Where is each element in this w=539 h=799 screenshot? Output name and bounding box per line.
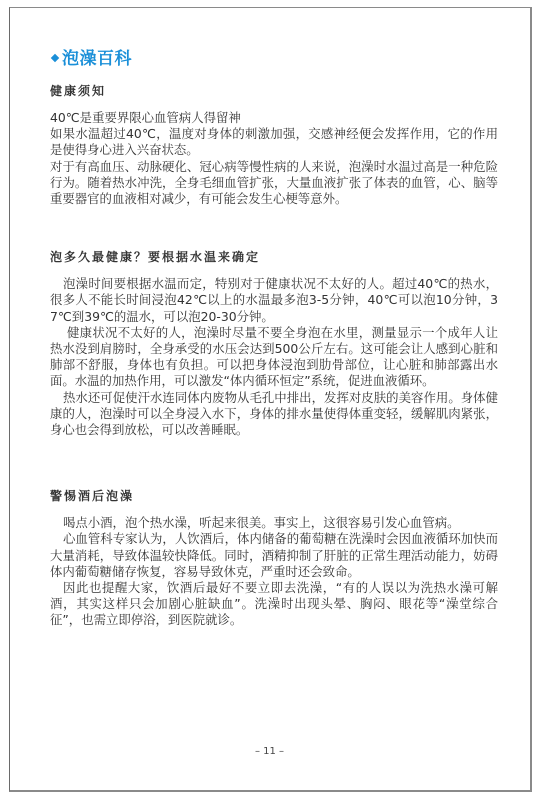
paragraph: 喝点小酒，泡个热水澡，听起来很美。事实上，这很容易引发心血管病。 [50, 515, 498, 531]
document-content: 泡澡百科 健康须知 40℃是重要界限心血管病人得留神 如果水温超过40℃，温度对… [50, 48, 498, 629]
page-number: – 11 – [0, 746, 539, 757]
paragraph: 对于有高血压、动脉硬化、冠心病等慢性病的人来说，泡澡时水温过高是一种危险行为。随… [50, 159, 498, 208]
paragraph: 泡澡时间要根据水温而定，特别对于健康状况不太好的人。超过40℃的热水，很多人不能… [50, 276, 498, 325]
paragraph: 因此也提醒大家，饮酒后最好不要立即去洗澡，“有的人误以为洗热水澡可解酒，其实这样… [50, 580, 498, 629]
diamond-icon [51, 53, 59, 61]
paragraph: 热水还可促使汗水连同体内废物从毛孔中排出，发挥对皮肤的美容作用。身体健康的人，泡… [50, 390, 498, 439]
paragraph: 心血管科专家认为，人饮酒后，体内储备的葡萄糖在洗澡时会因血液循环加快而大量消耗，… [50, 531, 498, 580]
paragraph: 40℃是重要界限心血管病人得留神 [50, 110, 498, 126]
page-title: 泡澡百科 [50, 48, 498, 70]
page-title-text: 泡澡百科 [62, 49, 132, 69]
section-health-notice: 健康须知 40℃是重要界限心血管病人得留神 如果水温超过40℃，温度对身体的刺激… [50, 83, 498, 207]
section-heading: 健康须知 [50, 83, 498, 99]
section-heading: 泡多久最健康？要根据水温来确定 [50, 249, 498, 265]
paragraph: 健康状况不太好的人，泡澡时尽量不要全身泡在水里，测量显示一个成年人让热水没到肩膀… [50, 325, 498, 390]
section-heading: 警惕酒后泡澡 [50, 488, 498, 504]
paragraph: 如果水温超过40℃，温度对身体的刺激加强，交感神经便会发挥作用，它的作用是使得身… [50, 126, 498, 158]
section-soak-duration: 泡多久最健康？要根据水温来确定 泡澡时间要根据水温而定，特别对于健康状况不太好的… [50, 249, 498, 438]
section-alcohol-warning: 警惕酒后泡澡 喝点小酒，泡个热水澡，听起来很美。事实上，这很容易引发心血管病。 … [50, 488, 498, 628]
